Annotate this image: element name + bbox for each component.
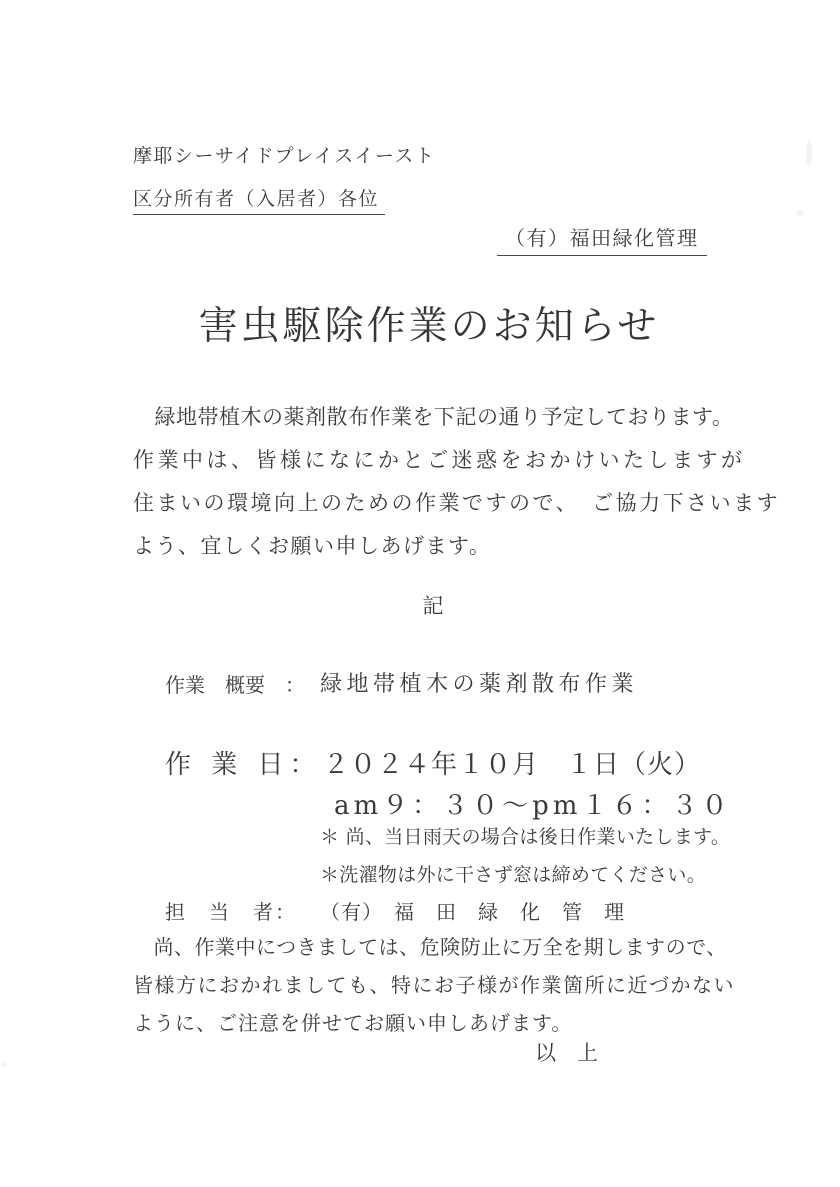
closing-paragraph-line: 皆様方におかれましても、特にお子様が作業箇所に近づかない [133,969,735,998]
sender-company: （有）福田緑化管理 [497,222,707,256]
scan-artifact [2,1062,7,1067]
rain-note: ＊ 尚、当日雨天の場合は後日作業いたします。 [320,822,730,849]
intro-paragraph-line: 緑地帯植木の薬剤散布作業を下記の通り予定しております。 [133,401,733,431]
scan-artifact [796,210,804,216]
manager-value: （有） 福 田 緑 化 管 理 [320,896,625,925]
scan-artifact [806,140,812,166]
intro-paragraph-line: よう、宜しくお願い申しあげます。 [133,530,491,560]
overview-label: 作業 概要 ： [165,669,305,698]
laundry-note: ＊洗濯物は外に干さず窓は締めてください。 [320,860,706,887]
end-mark: 以 上 [535,1037,598,1067]
document-title: 害虫駆除作業のお知らせ [0,295,840,351]
intro-paragraph-line: 作業中は、皆様になにかとご迷惑をおかけいたしますが [133,444,746,474]
manager-label: 担 当 者： [165,896,297,925]
intro-paragraph-line: 住まいの環境向上のための作業ですので、 ご協力下さいます [133,487,780,517]
scanned-notice-document: 摩耶シーサイドプレイスイースト 区分所有者（入居者）各位 （有）福田緑化管理 害… [0,0,840,1187]
record-mark: 記 [0,590,840,620]
overview-value: 緑地帯植木の薬剤散布作業 [320,667,638,698]
building-name: 摩耶シーサイドプレイスイースト [133,141,435,168]
closing-paragraph-line: 尚、作業中につきましては、危険防止に万全を期しますので、 [133,931,727,960]
work-date-label: 作 業 日： [165,744,322,781]
work-date-value: ２０２４年１０月 １日（火） [323,744,701,781]
addressee-line: 区分所有者（入居者）各位 [133,184,385,215]
closing-paragraph-line: ように、ご注意を併せてお願い申しあげます。 [133,1007,572,1036]
work-time-value: am９：３０～pm１６：３０ [334,785,731,822]
